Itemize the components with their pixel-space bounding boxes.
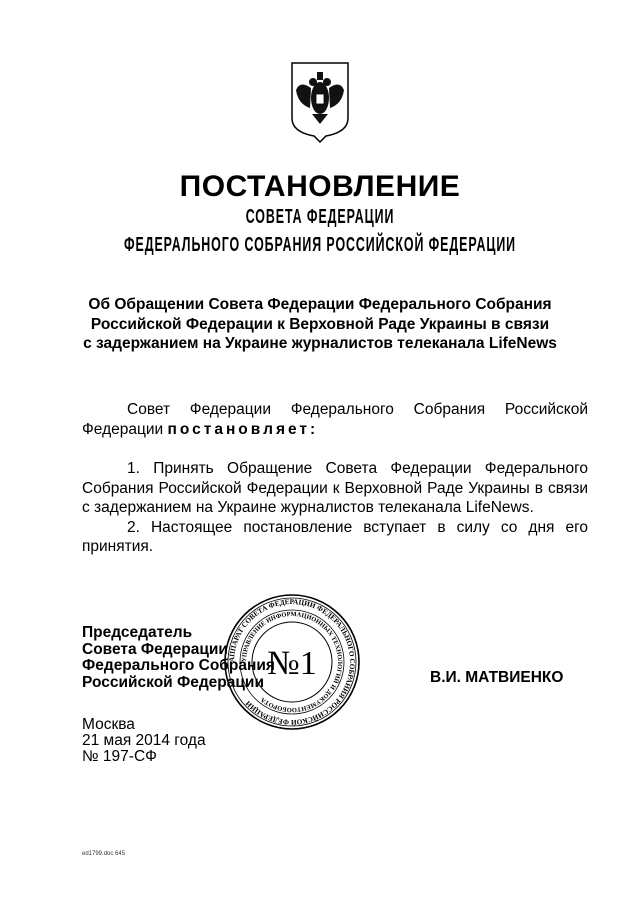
resolution-item-2: 2. Настоящее постановление вступает в си… [82, 518, 588, 557]
preamble-prefix: Федерации [82, 421, 167, 438]
subject-line: с задержанием на Украине журналистов тел… [60, 334, 580, 354]
place-date-number: Москва 21 мая 2014 года № 197-СФ [82, 717, 206, 765]
official-seal-icon: АППАРАТ СОВЕТА ФЕДЕРАЦИИ ФЕДЕРАЛЬНОГО СО… [222, 592, 362, 732]
date: 21 мая 2014 года [82, 733, 206, 749]
subject-line: Российской Федерации к Верховной Раде Ук… [60, 315, 580, 335]
document-subject: Об Обращении Совета Федерации Федерально… [60, 295, 580, 354]
place: Москва [82, 717, 206, 733]
document-number: № 197-СФ [82, 749, 206, 765]
signer-name: В.И. МАТВИЕНКО [430, 669, 563, 687]
seal-number: №1 [267, 645, 316, 682]
coat-of-arms-icon [288, 60, 352, 144]
subject-line: Об Обращении Совета Федерации Федерально… [60, 295, 580, 315]
resolves-word: постановляет: [167, 421, 318, 438]
resolution-item-1: 1. Принять Обращение Совета Федерации Фе… [82, 459, 588, 518]
document-title: ПОСТАНОВЛЕНИЕ [0, 170, 640, 204]
preamble: Совет Федерации Федерального Собрания Ро… [82, 400, 588, 439]
subtitle-line-1: СОВЕТА ФЕДЕРАЦИИ [122, 206, 519, 229]
preamble-line-2: Федерации постановляет: [82, 420, 588, 440]
preamble-line-1: Совет Федерации Федерального Собрания Ро… [82, 400, 588, 420]
resolution-items: 1. Принять Обращение Совета Федерации Фе… [82, 459, 588, 557]
subtitle-line-2: ФЕДЕРАЛЬНОГО СОБРАНИЯ РОССИЙСКОЙ ФЕДЕРАЦ… [122, 234, 519, 257]
footer-file-code: ed1799.doc 645 [82, 851, 125, 857]
